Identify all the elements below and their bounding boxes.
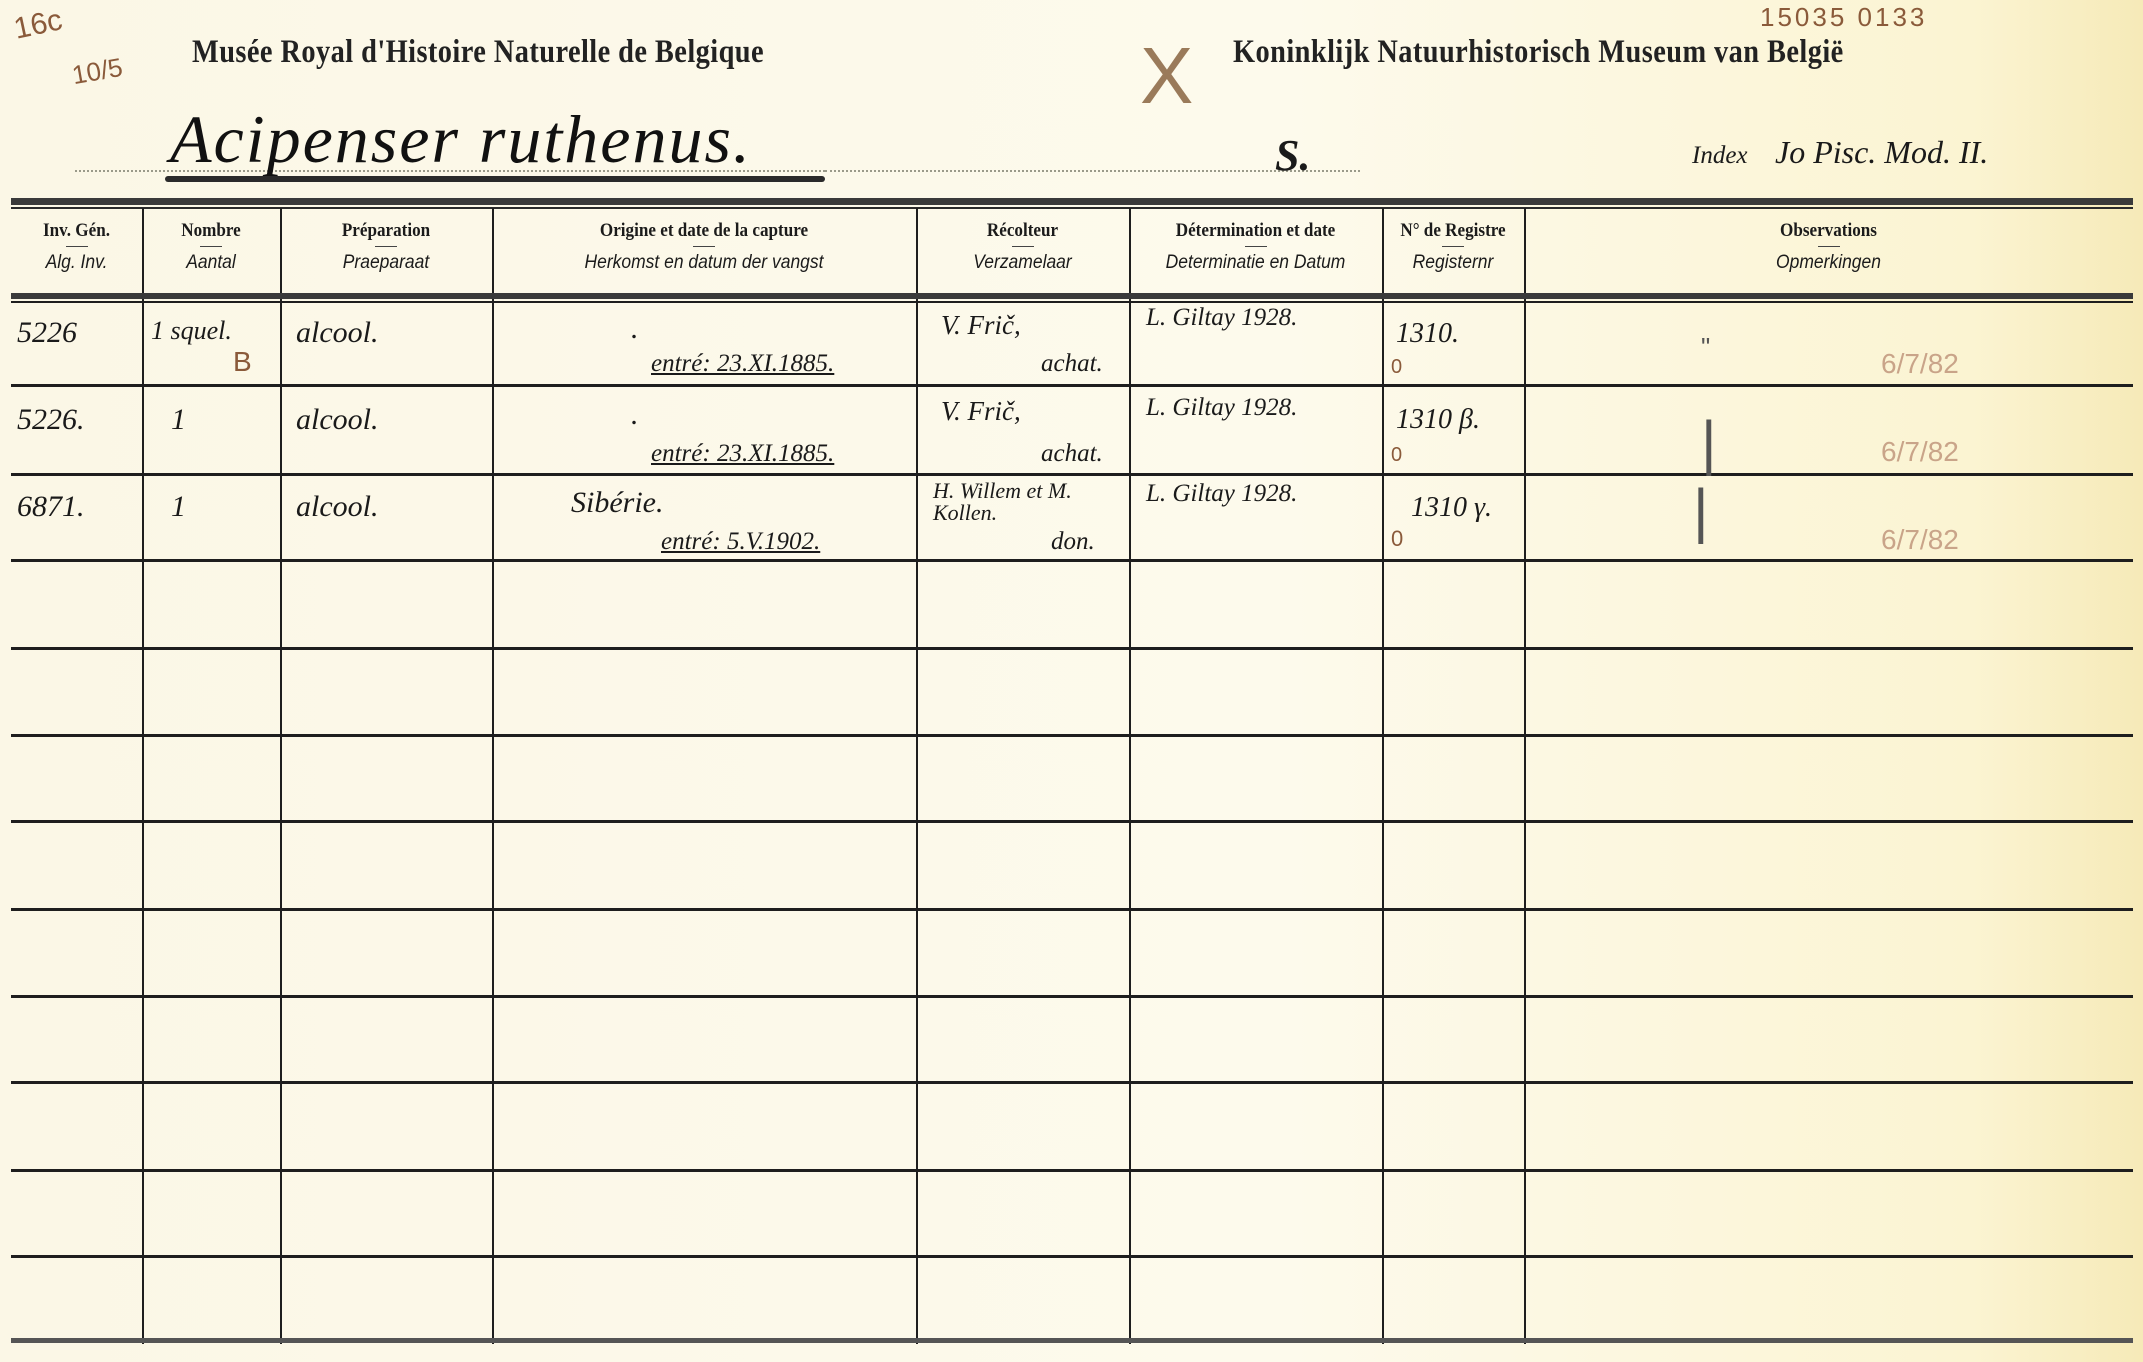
column-header-registre: N° de Registre Registernr bbox=[1382, 208, 1524, 295]
row-line bbox=[11, 908, 2133, 911]
column-divider bbox=[1524, 208, 1526, 1344]
row2-registre-mark: 0 bbox=[1391, 444, 1402, 467]
row1-recolteur: V. Frič, bbox=[941, 310, 1021, 341]
row1-observations-mark: " bbox=[1701, 332, 1710, 363]
row3-recolteur-sub: don. bbox=[1051, 528, 1095, 556]
species-name: Acipenser ruthenus. bbox=[170, 100, 752, 179]
row2-preparation: alcool. bbox=[296, 403, 379, 437]
column-header-observations: Observations Opmerkingen bbox=[1524, 208, 2133, 295]
row3-inv: 6871. bbox=[17, 490, 85, 524]
row-line bbox=[11, 559, 2133, 562]
table-bottom-rule bbox=[11, 1338, 2133, 1343]
row-line bbox=[11, 1255, 2133, 1258]
row3-registre: 1310 γ. bbox=[1411, 492, 1492, 524]
row3-preparation: alcool. bbox=[296, 490, 379, 524]
row-line bbox=[11, 995, 2133, 998]
row2-observations-mark: | bbox=[1701, 408, 1717, 477]
catalog-number-pencil: 15035 0133 bbox=[1760, 2, 1927, 33]
row2-recolteur: V. Frič, bbox=[941, 396, 1021, 427]
row1-registre: 1310. bbox=[1396, 318, 1459, 350]
row3-origine: Sibérie. bbox=[571, 486, 663, 520]
institution-name-fr: Musée Royal d'Histoire Naturelle de Belg… bbox=[192, 34, 764, 71]
institution-name-nl: Koninklijk Natuurhistorisch Museum van B… bbox=[1233, 34, 1844, 71]
row1-observations-pencil: 6/7/82 bbox=[1881, 348, 1959, 380]
column-header-inv: Inv. Gén. Alg. Inv. bbox=[11, 208, 142, 295]
index-value: Jo Pisc. Mod. II. bbox=[1775, 134, 1988, 171]
row-line bbox=[11, 647, 2133, 650]
header-rule-thick bbox=[11, 198, 2133, 205]
row1-registre-mark: 0 bbox=[1391, 356, 1402, 379]
row3-registre-mark: 0 bbox=[1391, 526, 1403, 552]
row-line bbox=[11, 734, 2133, 737]
row2-registre: 1310 β. bbox=[1396, 404, 1480, 436]
row2-observations-pencil: 6/7/82 bbox=[1881, 436, 1959, 468]
column-header-preparation: Préparation Praeparaat bbox=[280, 208, 492, 295]
column-divider bbox=[1129, 208, 1131, 1344]
column-divider bbox=[916, 208, 918, 1344]
column-divider bbox=[142, 208, 144, 1344]
margin-note-top: 16c bbox=[11, 3, 65, 46]
row2-origine: . bbox=[631, 398, 639, 432]
column-header-recolteur: Récolteur Verzamelaar bbox=[916, 208, 1129, 295]
row2-nombre: 1 bbox=[171, 403, 186, 437]
column-header-nombre: Nombre Aantal bbox=[142, 208, 280, 295]
row3-nombre: 1 bbox=[171, 490, 186, 524]
register-table: Inv. Gén. Alg. Inv. Nombre Aantal Prépar… bbox=[11, 208, 2133, 1344]
row2-recolteur-sub: achat. bbox=[1041, 440, 1103, 468]
row2-inv: 5226. bbox=[17, 403, 85, 437]
column-divider bbox=[492, 208, 494, 1344]
row1-nombre: 1 squel. bbox=[151, 316, 232, 346]
row-line bbox=[11, 473, 2133, 476]
column-header-origine: Origine et date de la capture Herkomst e… bbox=[492, 208, 916, 295]
row2-determination: L. Giltay 1928. bbox=[1146, 394, 1297, 422]
row-line bbox=[11, 1169, 2133, 1172]
row1-origine: . bbox=[631, 312, 639, 346]
cross-mark: X bbox=[1140, 30, 1193, 122]
species-underline bbox=[165, 176, 825, 182]
row-line bbox=[11, 384, 2133, 387]
row3-observations-mark: | bbox=[1693, 476, 1709, 545]
row3-origine-date: entré: 5.V.1902. bbox=[661, 528, 820, 556]
margin-note-fraction: 10/5 bbox=[70, 52, 125, 91]
column-divider bbox=[280, 208, 282, 1344]
column-divider bbox=[1382, 208, 1384, 1344]
row3-determination: L. Giltay 1928. bbox=[1146, 480, 1297, 508]
row-line bbox=[11, 820, 2133, 823]
row1-nombre-note: B bbox=[233, 346, 252, 378]
row1-inv: 5226 bbox=[17, 316, 77, 350]
row1-preparation: alcool. bbox=[296, 316, 379, 350]
column-header-determination: Détermination et date Determinatie en Da… bbox=[1129, 208, 1382, 295]
category-letter: S. bbox=[1275, 130, 1310, 181]
index-label: Index bbox=[1692, 142, 1748, 170]
row2-origine-date: entré: 23.XI.1885. bbox=[651, 440, 834, 468]
header-bottom-rule-thin bbox=[11, 301, 2133, 303]
row3-recolteur: H. Willem et M. Kollen. bbox=[933, 480, 1123, 524]
row3-observations-pencil: 6/7/82 bbox=[1881, 524, 1959, 556]
row-line bbox=[11, 1081, 2133, 1084]
row1-determination: L. Giltay 1928. bbox=[1146, 304, 1297, 332]
row1-origine-date: entré: 23.XI.1885. bbox=[651, 350, 834, 378]
row1-recolteur-sub: achat. bbox=[1041, 350, 1103, 378]
